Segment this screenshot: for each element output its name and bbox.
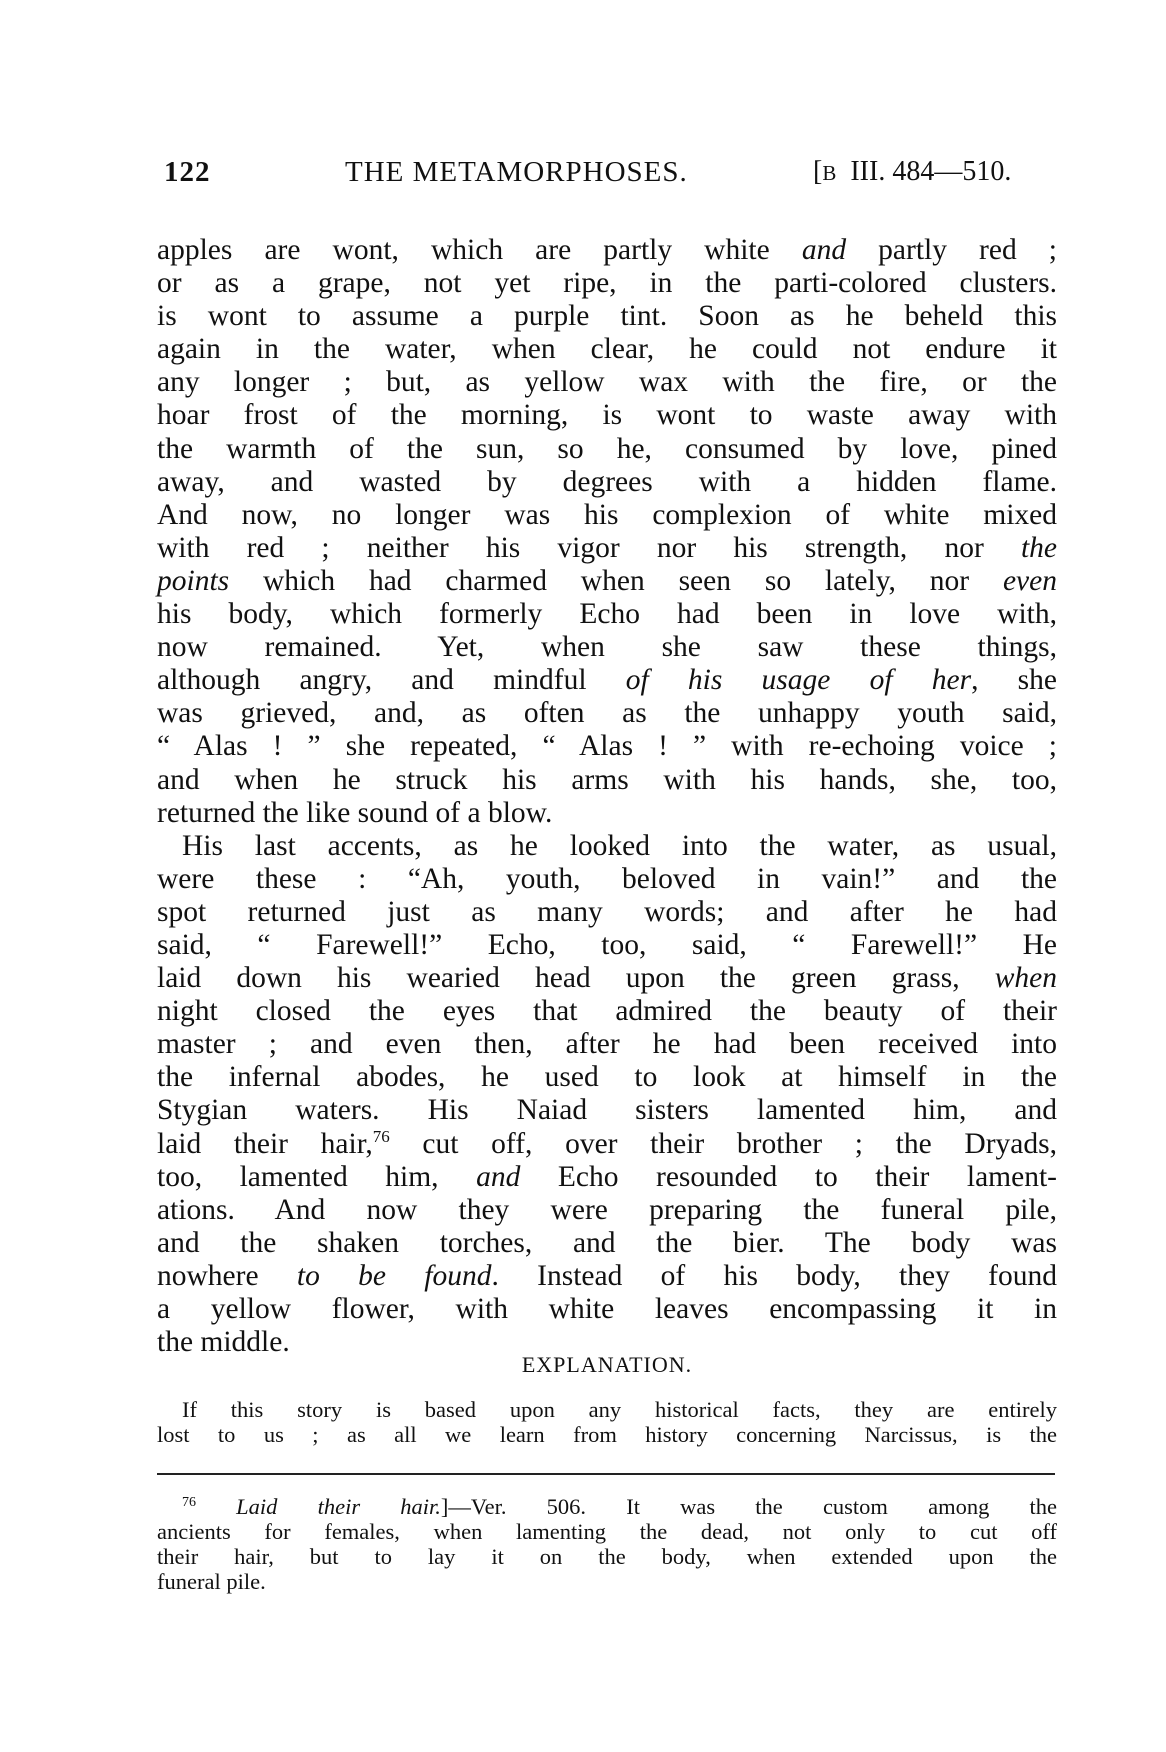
footnote-line: 76 Laid their hair.]—Ver. 506. It was th… [157, 1494, 1057, 1519]
text-line: returned the like sound of a blow. [157, 797, 1057, 830]
footnote-reference[interactable]: 76 [373, 1127, 390, 1146]
text-line: his body, which formerly Echo had been i… [157, 598, 1057, 631]
text-line: said, “ Farewell!” Echo, too, said, “ Fa… [157, 929, 1057, 962]
text-line: night closed the eyes that admired the b… [157, 995, 1057, 1028]
text-line: laid down his wearied head upon the gree… [157, 962, 1057, 995]
footnote-divider [157, 1473, 1055, 1475]
text-line: away, and wasted by degrees with a hidde… [157, 466, 1057, 499]
text-line: lost to us ; as all we learn from histor… [157, 1423, 1057, 1448]
footnote-lemma: Laid their hair. [236, 1494, 441, 1519]
text-line: too, lamented him, and Echo resounded to… [157, 1161, 1057, 1194]
footnote-line: their hair, but to lay it on the body, w… [157, 1544, 1057, 1569]
footnote-line: funeral pile. [157, 1569, 1057, 1594]
text-line: or as a grape, not yet ripe, in the part… [157, 267, 1057, 300]
text-line: If this story is based upon any historic… [157, 1398, 1057, 1423]
text-line: was grieved, and, as often as the unhapp… [157, 697, 1057, 730]
text-line: is wont to assume a purple tint. Soon as… [157, 300, 1057, 333]
text-line: now remained. Yet, when she saw these th… [157, 631, 1057, 664]
paragraph-start-line: His last accents, as he looked into the … [157, 830, 1057, 863]
text-line: Stygian waters. His Naiad sisters lament… [157, 1094, 1057, 1127]
text-line: And now, no longer was his complexion of… [157, 499, 1057, 532]
text-line: the infernal abodes, he used to look at … [157, 1061, 1057, 1094]
text-line: ations. And now they were preparing the … [157, 1194, 1057, 1227]
body-text: apples are wont, which are partly white … [157, 234, 1057, 1359]
text-line: hoar frost of the morning, is wont to wa… [157, 399, 1057, 432]
text-line: spot returned just as many words; and af… [157, 896, 1057, 929]
text-line: points which had charmed when seen so la… [157, 565, 1057, 598]
text-line: a yellow flower, with white leaves encom… [157, 1293, 1057, 1326]
text-line: any longer ; but, as yellow wax with the… [157, 366, 1057, 399]
text-line: “ Alas ! ” she repeated, “ Alas ! ” with… [157, 730, 1057, 763]
text-line: laid their hair,76 cut off, over their b… [157, 1128, 1057, 1161]
footnote-number: 76 [182, 1495, 196, 1510]
running-head: 122 THE METAMORPHOSES. [B III. 484—510. [157, 152, 1057, 192]
footnote: 76 Laid their hair.]—Ver. 506. It was th… [157, 1494, 1057, 1594]
text-line: apples are wont, which are partly white … [157, 234, 1057, 267]
book-page: 122 THE METAMORPHOSES. [B III. 484—510. … [0, 0, 1166, 1752]
text-line: with red ; neither his vigor nor his str… [157, 532, 1057, 565]
text-line: nowhere to be found. Instead of his body… [157, 1260, 1057, 1293]
text-line: although angry, and mindful of his usage… [157, 664, 1057, 697]
explanation-heading: EXPLANATION. [157, 1352, 1057, 1378]
text-line: and the shaken torches, and the bier. Th… [157, 1227, 1057, 1260]
book-title: THE METAMORPHOSES. [345, 152, 688, 192]
footnote-line: ancients for females, when lamenting the… [157, 1519, 1057, 1544]
page-number: 122 [164, 152, 211, 192]
text-line: again in the water, when clear, he could… [157, 333, 1057, 366]
section-reference: [B III. 484—510. [813, 152, 1011, 193]
text-line: and when he struck his arms with his han… [157, 764, 1057, 797]
text-line: were these : “Ah, youth, beloved in vain… [157, 863, 1057, 896]
text-line: master ; and even then, after he had bee… [157, 1028, 1057, 1061]
text-line: the warmth of the sun, so he, consumed b… [157, 433, 1057, 466]
explanation-text: If this story is based upon any historic… [157, 1398, 1057, 1447]
